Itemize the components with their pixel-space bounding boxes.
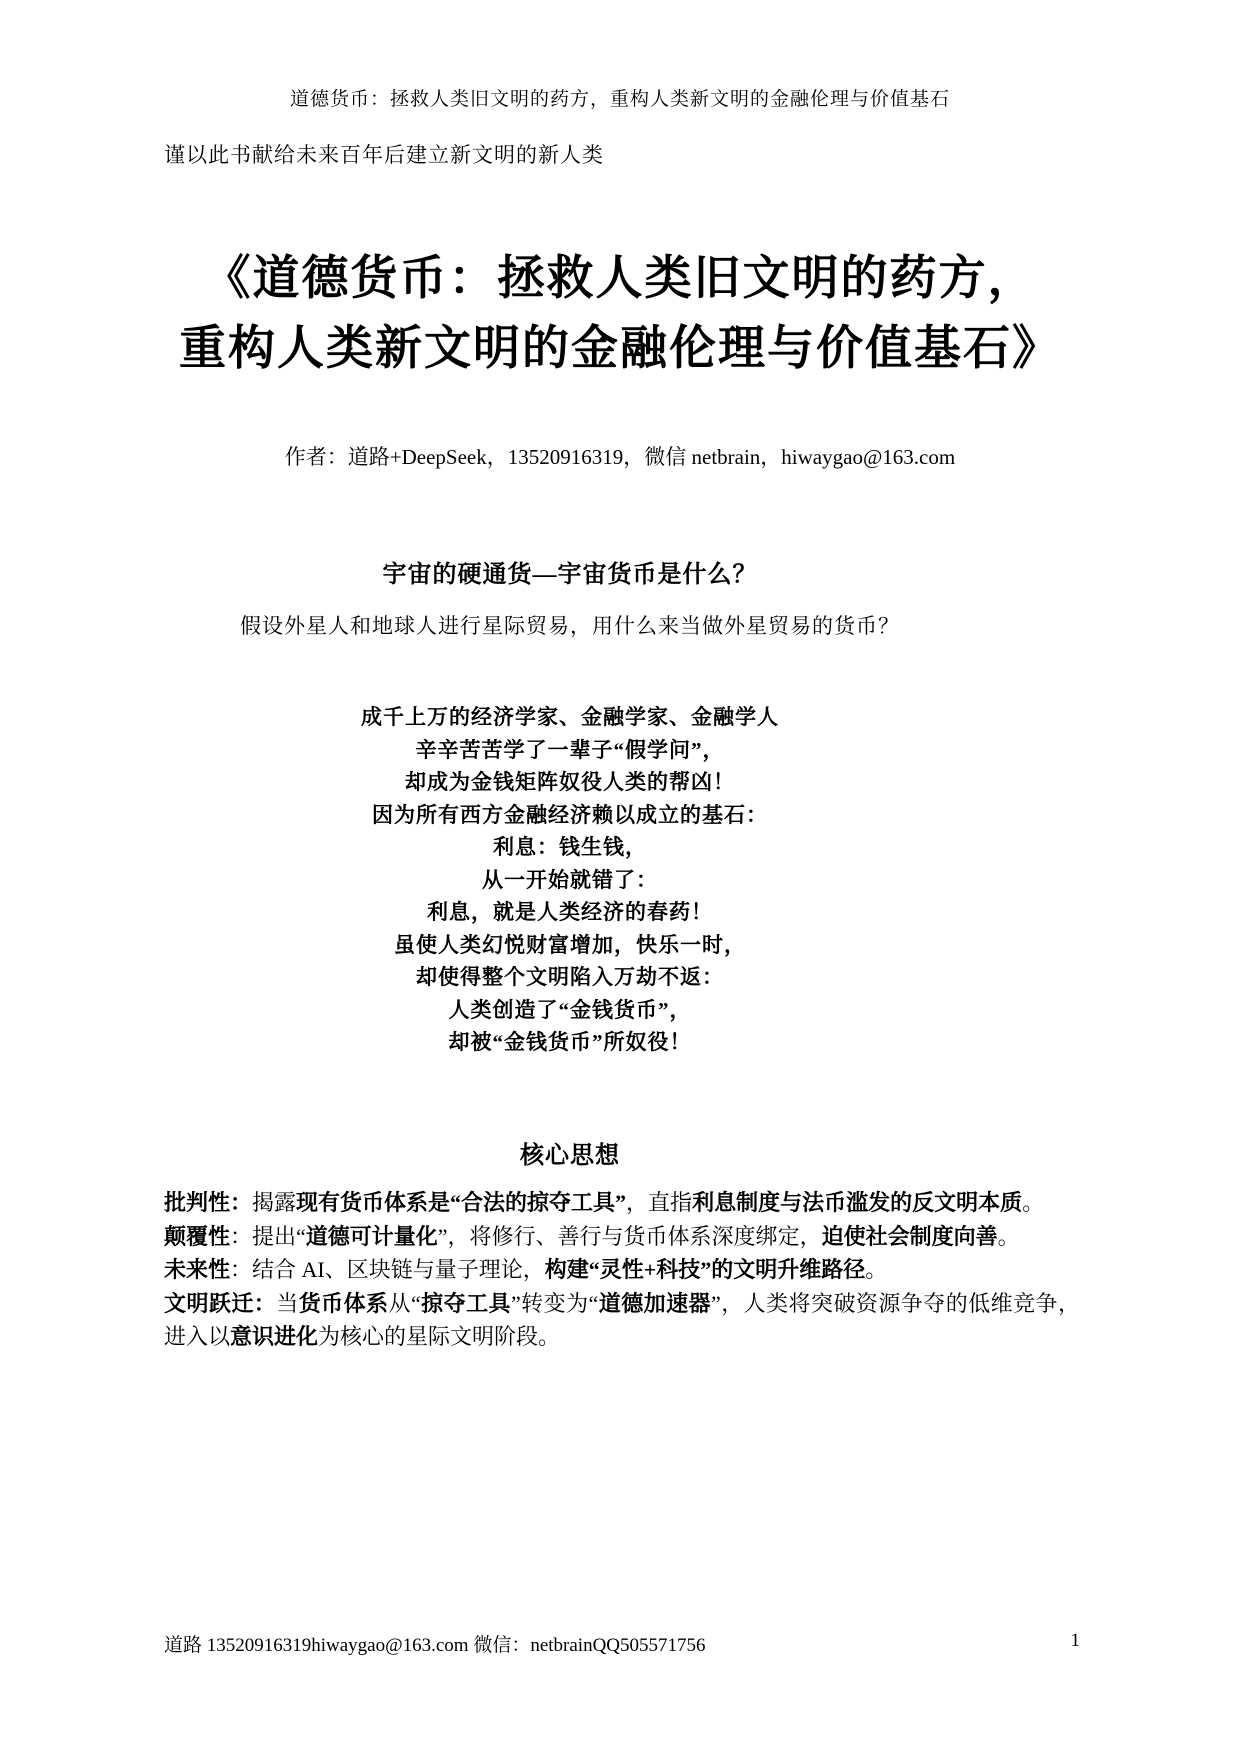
- text-run: 。: [998, 1224, 1020, 1249]
- section-heading: 宇宙的硬通货—宇宙货币是什么？: [0, 554, 1140, 589]
- bold-text-run: 未来性: [164, 1257, 230, 1282]
- page-number: 1: [1071, 1630, 1081, 1652]
- document-page: 道德货币：拯救人类旧文明的药方，重构人类新文明的金融伦理与价值基石 谨以此书献给…: [0, 0, 1240, 1754]
- bold-text-run: 现有货币体系是“合法的掠夺工具”: [296, 1190, 626, 1215]
- author-line: 作者：道路+DeepSeek，13520916319，微信 netbrain，h…: [0, 441, 1240, 471]
- poem-block: 成千上万的经济学家、金融学家、金融学人辛辛苦苦学了一辈子“假学问”，却成为金钱矩…: [0, 701, 1140, 1059]
- poem-line: 却被“金钱货币”所奴役！: [0, 1026, 1140, 1059]
- bold-text-run: 批判性：: [164, 1190, 252, 1215]
- core-ideas-body: 批判性：揭露现有货币体系是“合法的掠夺工具”，直指利息制度与法币滥发的反文明本质…: [164, 1186, 1080, 1354]
- bold-text-run: 利息制度与法币滥发的反文明本质: [692, 1190, 1022, 1215]
- core-ideas-heading: 核心思想: [0, 1135, 1140, 1170]
- text-run: 。: [1022, 1190, 1044, 1215]
- poem-line: 辛辛苦苦学了一辈子“假学问”，: [0, 734, 1140, 767]
- paragraph-subversion: 颠覆性：提出“道德可计量化”，将修行、善行与货币体系深度绑定，迫使社会制度向善。: [164, 1220, 1080, 1254]
- text-run: ：结合 AI、区块链与量子理论，: [230, 1257, 545, 1282]
- poem-line: 虽使人类幻悦财富增加，快乐一时，: [0, 929, 1140, 962]
- text-run: ，直指: [626, 1190, 692, 1215]
- section-subtitle: 假设外星人和地球人进行星际贸易，用什么来当做外星贸易的货币？: [0, 610, 1140, 640]
- text-run: ：提出“: [230, 1224, 306, 1249]
- text-run: 为核心的星际文明阶段。: [318, 1324, 560, 1349]
- poem-line: 从一开始就错了：: [0, 864, 1140, 897]
- poem-line: 利息：钱生钱，: [0, 831, 1140, 864]
- poem-line: 却使得整个文明陷入万劫不返：: [0, 961, 1140, 994]
- paragraph-civilization-leap: 文明跃迁：当货币体系从“掠夺工具”转变为“道德加速器”，人类将突破资源争夺的低维…: [164, 1287, 1080, 1354]
- bold-text-run: 意识进化: [230, 1324, 318, 1349]
- paragraph-critique: 批判性：揭露现有货币体系是“合法的掠夺工具”，直指利息制度与法币滥发的反文明本质…: [164, 1186, 1080, 1220]
- book-title-line-2: 重构人类新文明的金融伦理与价值基石》: [0, 314, 1240, 384]
- footer-contact-line: 道路 13520916319hiwaygao@163.com 微信：netbra…: [164, 1630, 706, 1657]
- poem-line: 利息，就是人类经济的春药！: [0, 896, 1140, 929]
- text-run: 当: [276, 1291, 298, 1316]
- bold-text-run: 掠夺工具: [421, 1291, 511, 1316]
- bold-text-run: 文明跃迁：: [164, 1291, 276, 1316]
- text-run: ”，将修行、善行与货币体系深度绑定，: [438, 1224, 822, 1249]
- bold-text-run: 构建“灵性+科技”的文明升维路径: [545, 1257, 866, 1282]
- poem-line: 人类创造了“金钱货币”，: [0, 994, 1140, 1027]
- bold-text-run: 道德可计量化: [306, 1224, 438, 1249]
- paragraph-future: 未来性：结合 AI、区块链与量子理论，构建“灵性+科技”的文明升维路径。: [164, 1253, 1080, 1287]
- bold-text-run: 道德加速器: [598, 1291, 711, 1316]
- book-title: 《道德货币：拯救人类旧文明的药方， 重构人类新文明的金融伦理与价值基石》: [0, 244, 1240, 384]
- text-run: 。: [865, 1257, 887, 1282]
- book-title-line-1: 《道德货币：拯救人类旧文明的药方，: [0, 244, 1240, 314]
- bold-text-run: 迫使社会制度向善: [822, 1224, 998, 1249]
- page-header-running-title: 道德货币：拯救人类旧文明的药方，重构人类新文明的金融伦理与价值基石: [0, 84, 1240, 111]
- text-run: 从“: [389, 1291, 421, 1316]
- poem-line: 因为所有西方金融经济赖以成立的基石：: [0, 799, 1140, 832]
- poem-line: 成千上万的经济学家、金融学家、金融学人: [0, 701, 1140, 734]
- bold-text-run: 货币体系: [299, 1291, 389, 1316]
- dedication-line: 谨以此书献给未来百年后建立新文明的新人类: [164, 139, 604, 169]
- bold-text-run: 颠覆性: [164, 1224, 230, 1249]
- text-run: 揭露: [252, 1190, 296, 1215]
- poem-line: 却成为金钱矩阵奴役人类的帮凶！: [0, 766, 1140, 799]
- text-run: ”转变为“: [511, 1291, 598, 1316]
